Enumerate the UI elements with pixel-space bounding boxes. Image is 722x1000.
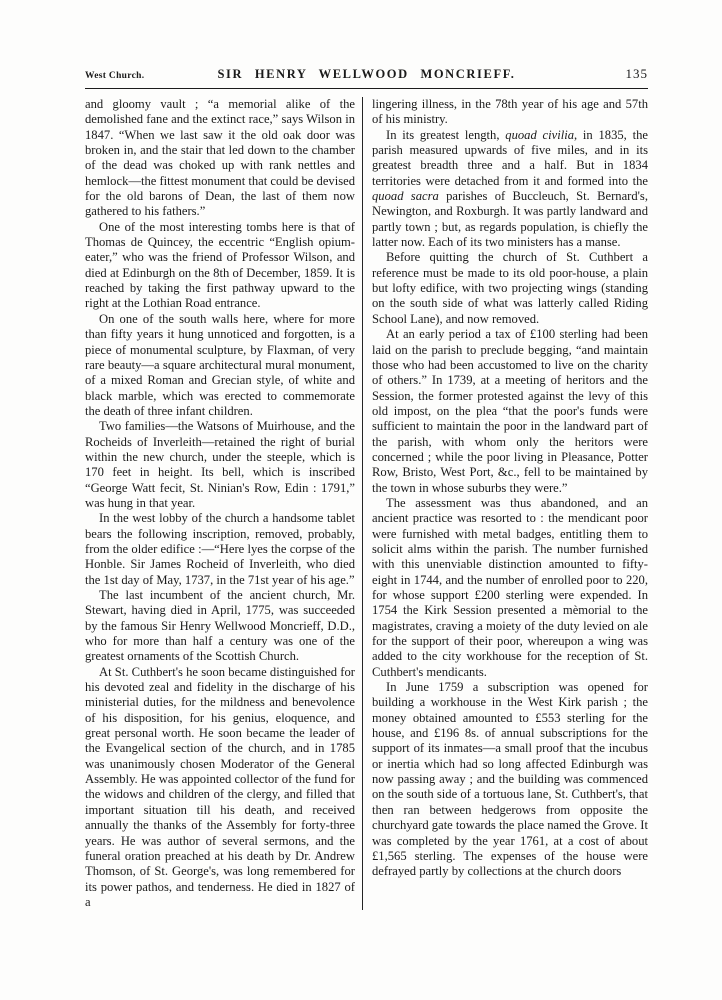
right-column: lingering illness, in the 78th year of h… bbox=[372, 97, 648, 910]
paragraph: Before quitting the church of St. Cuthbe… bbox=[372, 250, 648, 327]
paragraph: In June 1759 a subscription was opened f… bbox=[372, 680, 648, 879]
page-header: West Church. SIR HENRY WELLWOOD MONCRIEF… bbox=[85, 66, 648, 82]
body-text: The last incumbent of the ancient church… bbox=[85, 588, 355, 663]
column-divider-rule bbox=[362, 97, 363, 910]
paragraph: The last incumbent of the ancient church… bbox=[85, 588, 355, 665]
page-number: 135 bbox=[558, 66, 648, 82]
header-rule bbox=[85, 88, 648, 89]
left-column: and gloomy vault ; “a memorial alike of … bbox=[85, 97, 355, 910]
paragraph: At an early period a tax of £100 sterlin… bbox=[372, 327, 648, 496]
paragraph: Two families—the Watsons of Muirhouse, a… bbox=[85, 419, 355, 511]
body-text: At an early period a tax of £100 sterlin… bbox=[372, 327, 648, 494]
paragraph: In its greatest length, quoad civilia, i… bbox=[372, 128, 648, 251]
paragraph: One of the most interesting tombs here i… bbox=[85, 220, 355, 312]
body-text: In the west lobby of the church a handso… bbox=[85, 511, 355, 586]
body-text: In its greatest length, bbox=[386, 128, 505, 142]
body-text: In June 1759 a subscription was opened f… bbox=[372, 680, 648, 878]
paragraph: and gloomy vault ; “a memorial alike of … bbox=[85, 97, 355, 220]
text-columns: and gloomy vault ; “a memorial alike of … bbox=[85, 97, 648, 910]
body-text: Two families—the Watsons of Muirhouse, a… bbox=[85, 419, 355, 510]
body-text: and gloomy vault ; “a memorial alike of … bbox=[85, 97, 355, 218]
paragraph: In the west lobby of the church a handso… bbox=[85, 511, 355, 588]
paragraph: At St. Cuthbert's he soon became disting… bbox=[85, 665, 355, 911]
body-text: One of the most interesting tombs here i… bbox=[85, 220, 355, 311]
body-text: On one of the south walls here, where fo… bbox=[85, 312, 355, 418]
body-text: At St. Cuthbert's he soon became disting… bbox=[85, 665, 355, 909]
paragraph: The assessment was thus abandoned, and a… bbox=[372, 496, 648, 680]
body-text: Before quitting the church of St. Cuthbe… bbox=[372, 250, 648, 325]
italic-text: quoad sacra bbox=[372, 189, 439, 203]
paragraph: lingering illness, in the 78th year of h… bbox=[372, 97, 648, 128]
page-title: SIR HENRY WELLWOOD MONCRIEFF. bbox=[175, 67, 558, 82]
paragraph: On one of the south walls here, where fo… bbox=[85, 312, 355, 419]
book-page: West Church. SIR HENRY WELLWOOD MONCRIEF… bbox=[0, 0, 722, 1000]
body-text: The assessment was thus abandoned, and a… bbox=[372, 496, 648, 679]
running-head: West Church. bbox=[85, 71, 175, 81]
italic-text: quoad civilia bbox=[505, 128, 574, 142]
body-text: lingering illness, in the 78th year of h… bbox=[372, 97, 648, 126]
